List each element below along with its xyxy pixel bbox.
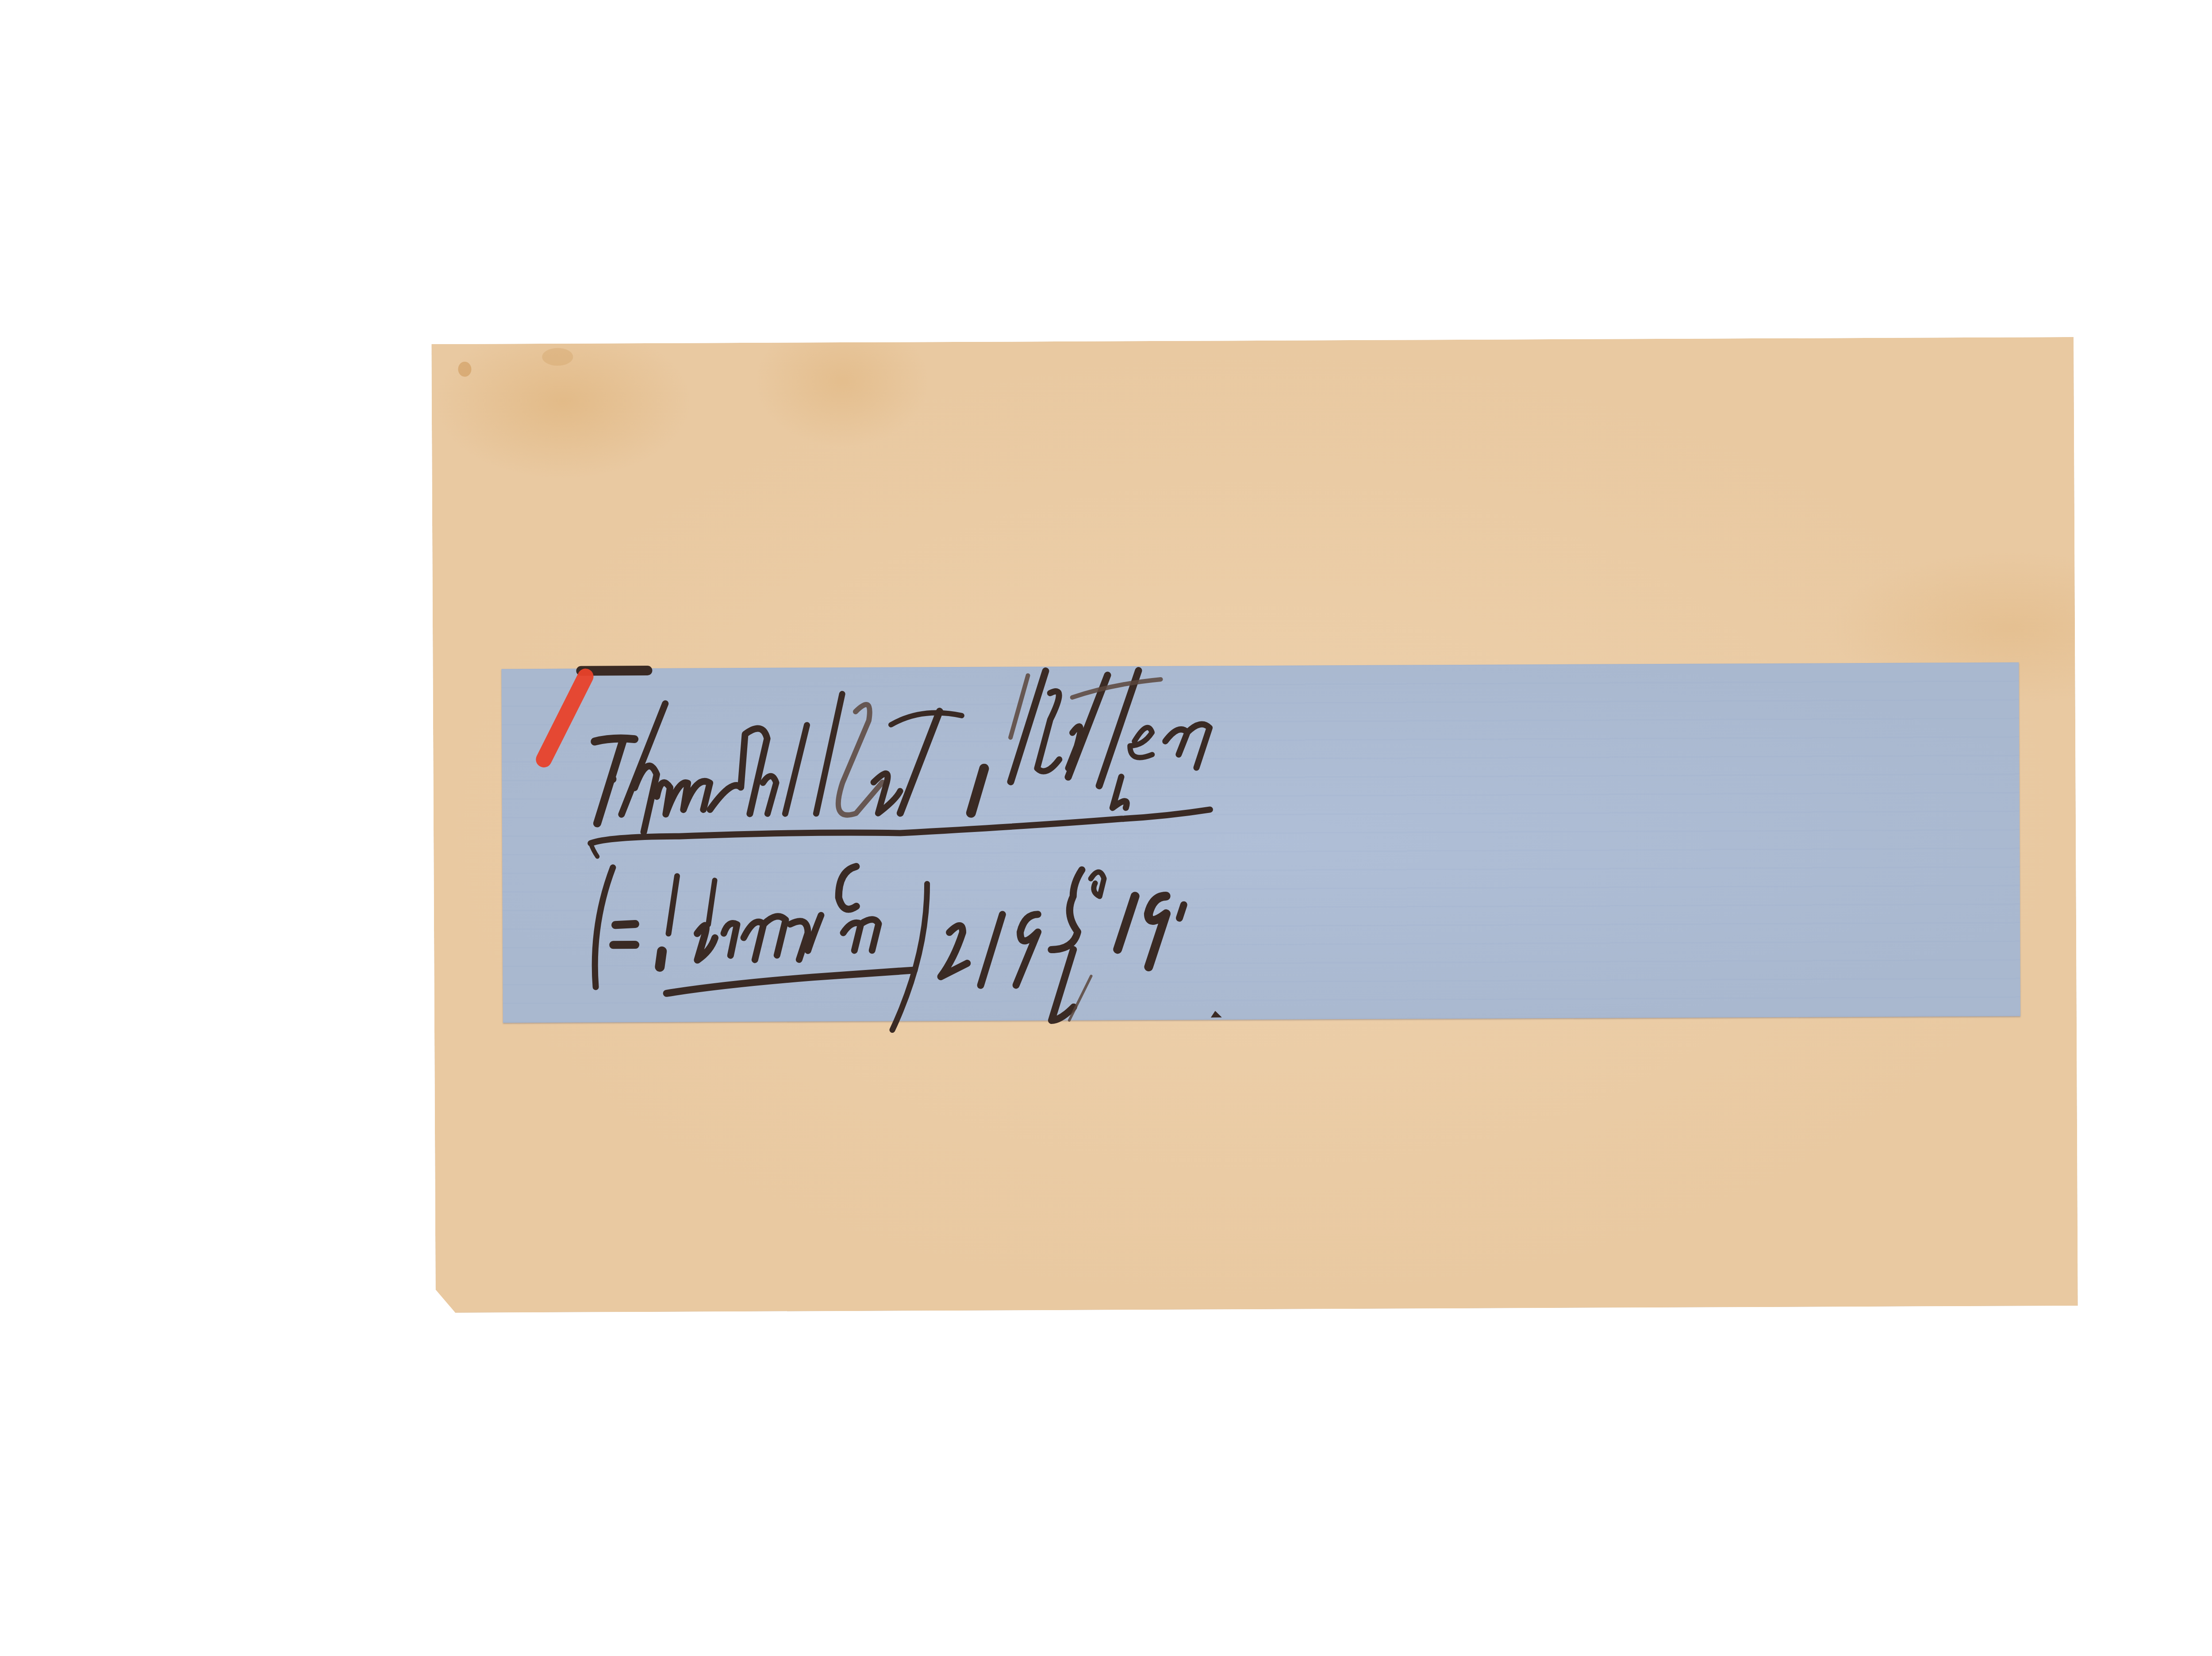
ink-fragment (1211, 1011, 1222, 1017)
handwriting-ink (501, 662, 2020, 1023)
corner-marker-icon (543, 671, 648, 759)
mount-card: T·hundu|kat i'katten (= !árnxăn) 219 ⁵/₁… (431, 337, 2078, 1313)
foxing-stain (542, 348, 573, 366)
foxing-stain (458, 362, 471, 377)
handwritten-slip: T·hundu|kat i'katten (= !árnxăn) 219 ⁵/₁… (501, 662, 2020, 1023)
line-1-ink (590, 670, 1210, 856)
line-2-ink (595, 865, 1184, 1031)
